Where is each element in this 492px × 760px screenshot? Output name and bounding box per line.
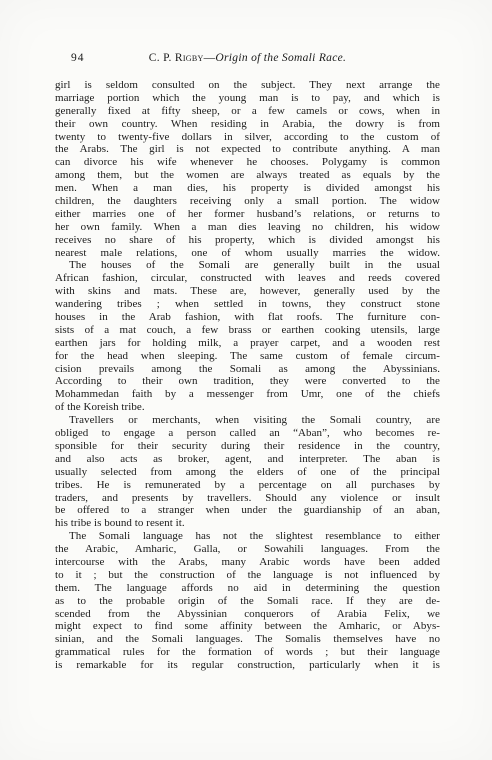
running-header: 94 C. P. Rigby—Origin of the Somali Race… <box>55 51 440 66</box>
text-line: either marries one of her former husband… <box>55 208 440 221</box>
text-line: to it ; but the construction of the lang… <box>55 569 440 582</box>
paragraph: Travellers or merchants, when visiting t… <box>55 414 440 530</box>
text-line: as to the probable origin of the Somali … <box>55 595 440 608</box>
text-line: the Arabic, Amharic, Galla, or Sowahili … <box>55 543 440 556</box>
page-body: girl is seldom consulted on the subject.… <box>55 79 440 672</box>
text-line: usually selected from among the elders o… <box>55 466 440 479</box>
text-line: Travellers or merchants, when visiting t… <box>55 414 440 427</box>
text-line: tribes. He is remunerated by a percentag… <box>55 479 440 492</box>
text-line: with skins and mats. These are, however,… <box>55 285 440 298</box>
text-line: and also acts as broker, agent, and inte… <box>55 453 440 466</box>
running-title-author: C. P. Rigby <box>149 52 204 64</box>
text-line: grammatical rules for the formation of w… <box>55 646 440 659</box>
text-line: African fashion, circular, constructed w… <box>55 272 440 285</box>
text-line: scended from the Abyssinian conquerors o… <box>55 608 440 621</box>
text-line: receives no share of his property, which… <box>55 234 440 247</box>
text-line: them. The language affords no aid in det… <box>55 582 440 595</box>
text-line: houses in the Arab fashion, with flat ro… <box>55 311 440 324</box>
text-line: their own country. When residing in Arab… <box>55 118 440 131</box>
text-line: sists of a mat couch, a few brass or ear… <box>55 324 440 337</box>
text-line: twenty to twenty-five dollars in silver,… <box>55 131 440 144</box>
text-line: Mohammedan faith by a messenger from Umr… <box>55 388 440 401</box>
text-line: for the head when sleeping. The same cus… <box>55 350 440 363</box>
running-title: C. P. Rigby—Origin of the Somali Race. <box>149 52 346 64</box>
text-line: obliged to engage a person called an “Ab… <box>55 427 440 440</box>
text-line: cision prevails among the Somali as amon… <box>55 363 440 376</box>
text-line: her own family. When a man dies leaving … <box>55 221 440 234</box>
text-line: children, the daughters receiving only a… <box>55 195 440 208</box>
text-line: sponsible for their security during thei… <box>55 440 440 453</box>
text-line: traders, and presents by travellers. Sho… <box>55 492 440 505</box>
running-title-dash: — <box>204 52 216 64</box>
running-title-text: Origin of the Somali Race. <box>215 52 346 64</box>
text-line: earthen jars for holding milk, a prayer … <box>55 337 440 350</box>
text-line: his tribe is bound to resent it. <box>55 517 440 530</box>
paragraph: The houses of the Somali are generally b… <box>55 259 440 414</box>
text-line: is remarkable for its regular constructi… <box>55 659 440 672</box>
page-number: 94 <box>71 51 85 66</box>
text-line: be offered to a stranger when under the … <box>55 504 440 517</box>
text-line: wandering tribes ; when settled in towns… <box>55 298 440 311</box>
text-line: The houses of the Somali are generally b… <box>55 259 440 272</box>
text-line: men. When a man dies, his property is di… <box>55 182 440 195</box>
text-line: generally fixed at fifty sheep, or a few… <box>55 105 440 118</box>
paragraph: girl is seldom consulted on the subject.… <box>55 79 440 259</box>
text-line: can divorce his wife whenever he chooses… <box>55 156 440 169</box>
text-line: sinian, and the Somali languages. The So… <box>55 633 440 646</box>
text-line: of the Koreish tribe. <box>55 401 440 414</box>
text-line: among them, but the women are always tre… <box>55 169 440 182</box>
book-page: 94 C. P. Rigby—Origin of the Somali Race… <box>0 0 492 760</box>
text-line: girl is seldom consulted on the subject.… <box>55 79 440 92</box>
text-line: nearest male relations, one of whom usua… <box>55 247 440 260</box>
text-line: the Arabs. The girl is not expected to c… <box>55 143 440 156</box>
text-line: The Somali language has not the slightes… <box>55 530 440 543</box>
text-line: According to their own tradition, they w… <box>55 375 440 388</box>
text-line: might expect to find some affinity betwe… <box>55 620 440 633</box>
text-line: marriage portion which the young man is … <box>55 92 440 105</box>
text-line: intercourse with the Arabs, many Arabic … <box>55 556 440 569</box>
paragraph: The Somali language has not the slightes… <box>55 530 440 672</box>
